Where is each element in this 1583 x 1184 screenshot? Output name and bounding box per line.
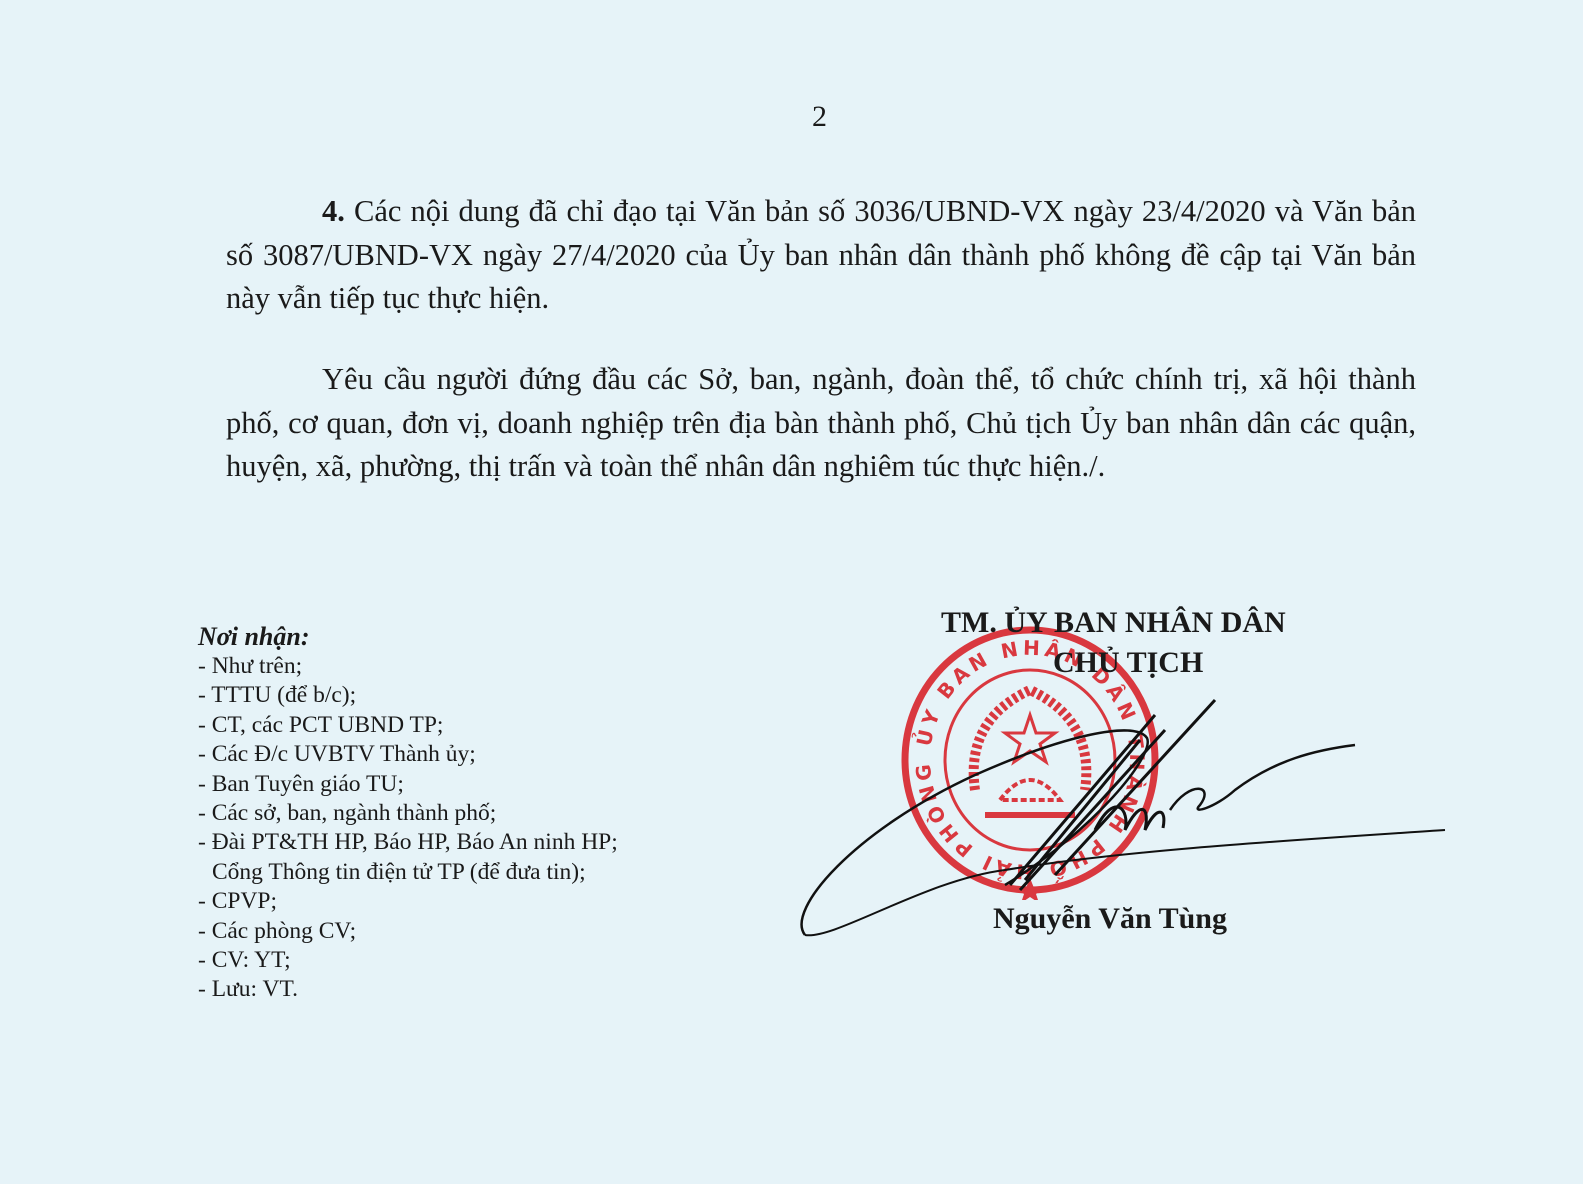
recipient-item: - Đài PT&TH HP, Báo HP, Báo An ninh HP; xyxy=(198,828,618,857)
recipient-item: - Các sở, ban, ngành thành phố; xyxy=(198,799,618,828)
item-4-text: Các nội dung đã chỉ đạo tại Văn bản số 3… xyxy=(226,194,1416,315)
recipient-item: - Lưu: VT. xyxy=(198,975,618,1004)
recipient-item: - CT, các PCT UBND TP; xyxy=(198,711,618,740)
handwritten-signature-icon xyxy=(795,680,1455,960)
recipient-item: - Như trên; xyxy=(198,652,618,681)
recipient-item: - Các phòng CV; xyxy=(198,917,618,946)
item-number: 4. xyxy=(322,194,345,228)
recipients-list: Nơi nhận: - Như trên; - TTTU (để b/c); -… xyxy=(198,622,618,1005)
recipient-item: - Các Đ/c UVBTV Thành ủy; xyxy=(198,740,618,769)
recipient-item: - Ban Tuyên giáo TU; xyxy=(198,770,618,799)
closing-paragraph: Yêu cầu người đứng đầu các Sở, ban, ngàn… xyxy=(226,358,1416,489)
recipient-item: - CV: YT; xyxy=(198,946,618,975)
signer-title: CHỦ TỊCH xyxy=(1053,646,1203,680)
signer-organization: TM. ỦY BAN NHÂN DÂN xyxy=(941,606,1286,640)
recipients-title: Nơi nhận: xyxy=(198,622,618,652)
signature-block: TM. ỦY BAN NHÂN DÂN CHỦ TỊCH ỦY BAN NHÂN… xyxy=(905,600,1375,960)
recipient-item: - TTTU (để b/c); xyxy=(198,681,618,710)
paragraph-item-4: 4. Các nội dung đã chỉ đạo tại Văn bản s… xyxy=(226,190,1416,321)
recipient-item: - CPVP; xyxy=(198,887,618,916)
page-number: 2 xyxy=(812,100,827,134)
recipient-item: Cổng Thông tin điện tử TP (để đưa tin); xyxy=(198,858,618,887)
